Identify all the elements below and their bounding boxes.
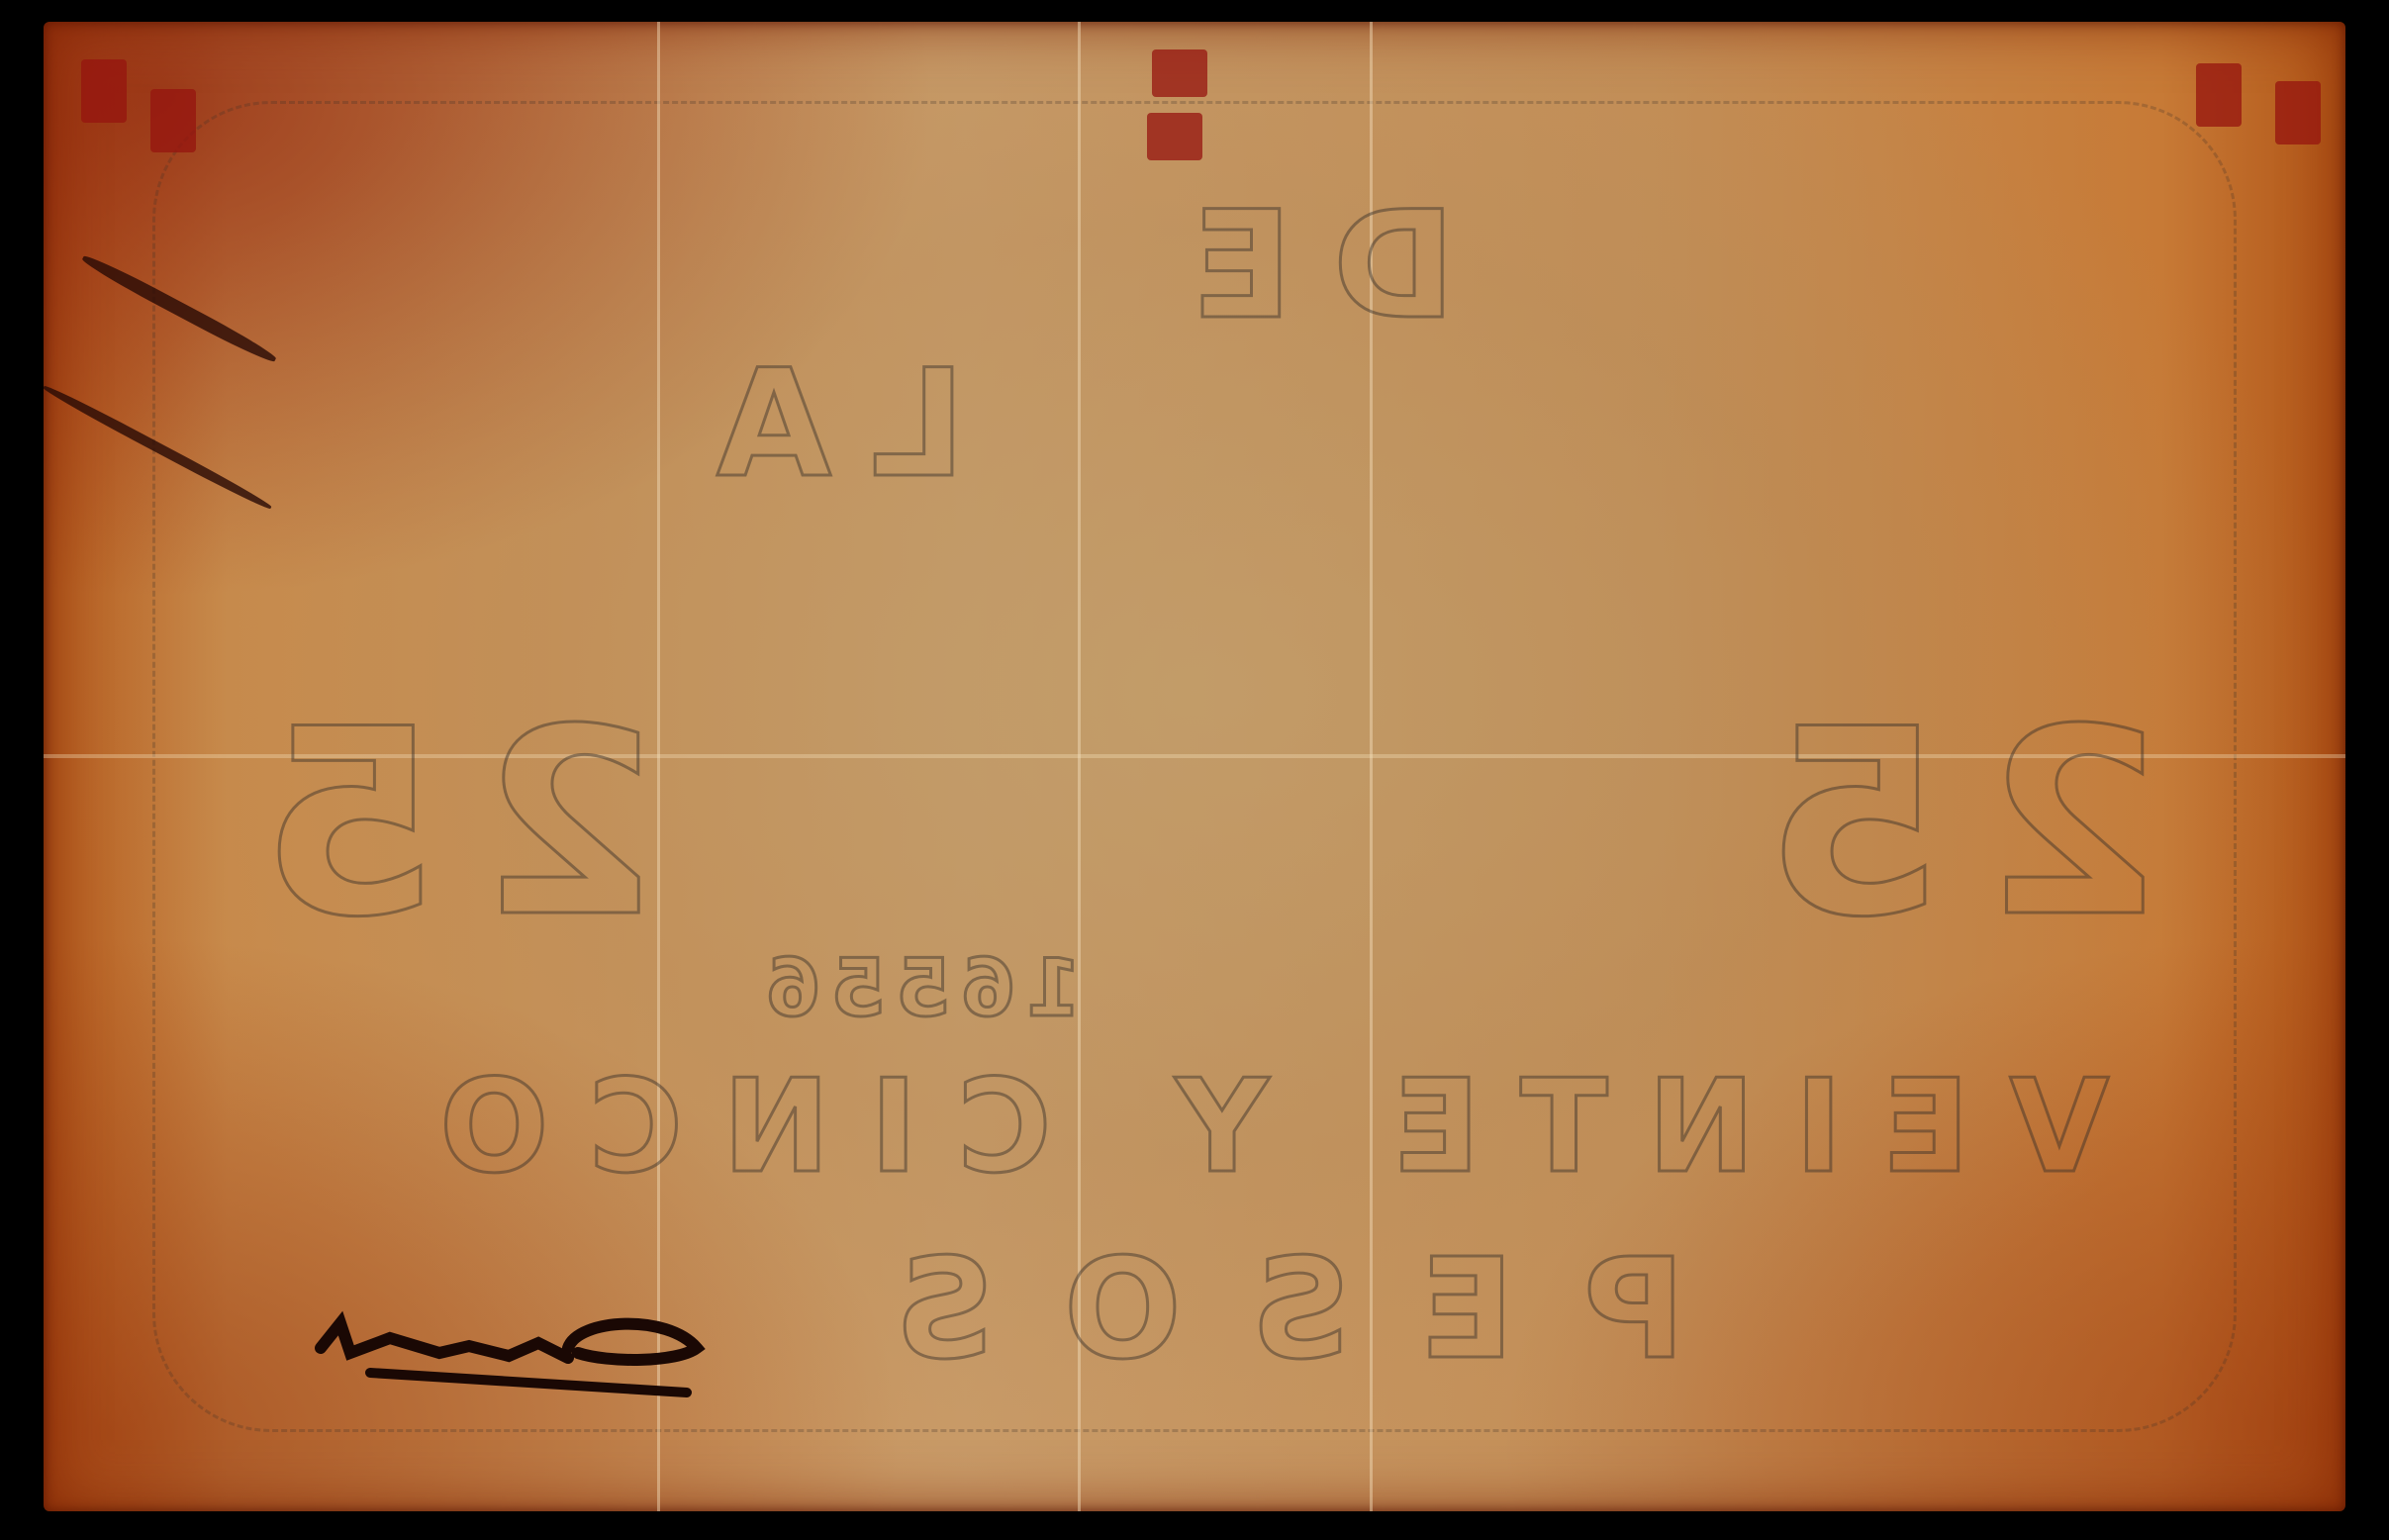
- ghost-text-de: DE: [1152, 180, 1456, 352]
- ghost-serial: 16556: [756, 942, 1081, 1034]
- red-stamp: [1147, 113, 1202, 160]
- red-stamp: [2196, 63, 2242, 127]
- red-stamp: [2275, 81, 2321, 144]
- signature: [311, 1308, 726, 1397]
- ghost-denomination-right: 25: [1726, 675, 2163, 974]
- ghost-denomination-left: 25: [222, 675, 659, 974]
- ghost-text-pesos: PESOS: [825, 1229, 1685, 1391]
- ghost-text-la: LA: [677, 338, 966, 511]
- ghost-text-veinte-y-cinco: VEINTE Y CINCO: [400, 1051, 2109, 1202]
- red-stamp: [1152, 49, 1207, 97]
- banknote: DE LA 25 25 16556 VEINTE Y CINCO PESOS: [44, 22, 2345, 1511]
- red-stamp: [150, 89, 196, 152]
- red-stamp: [81, 59, 127, 123]
